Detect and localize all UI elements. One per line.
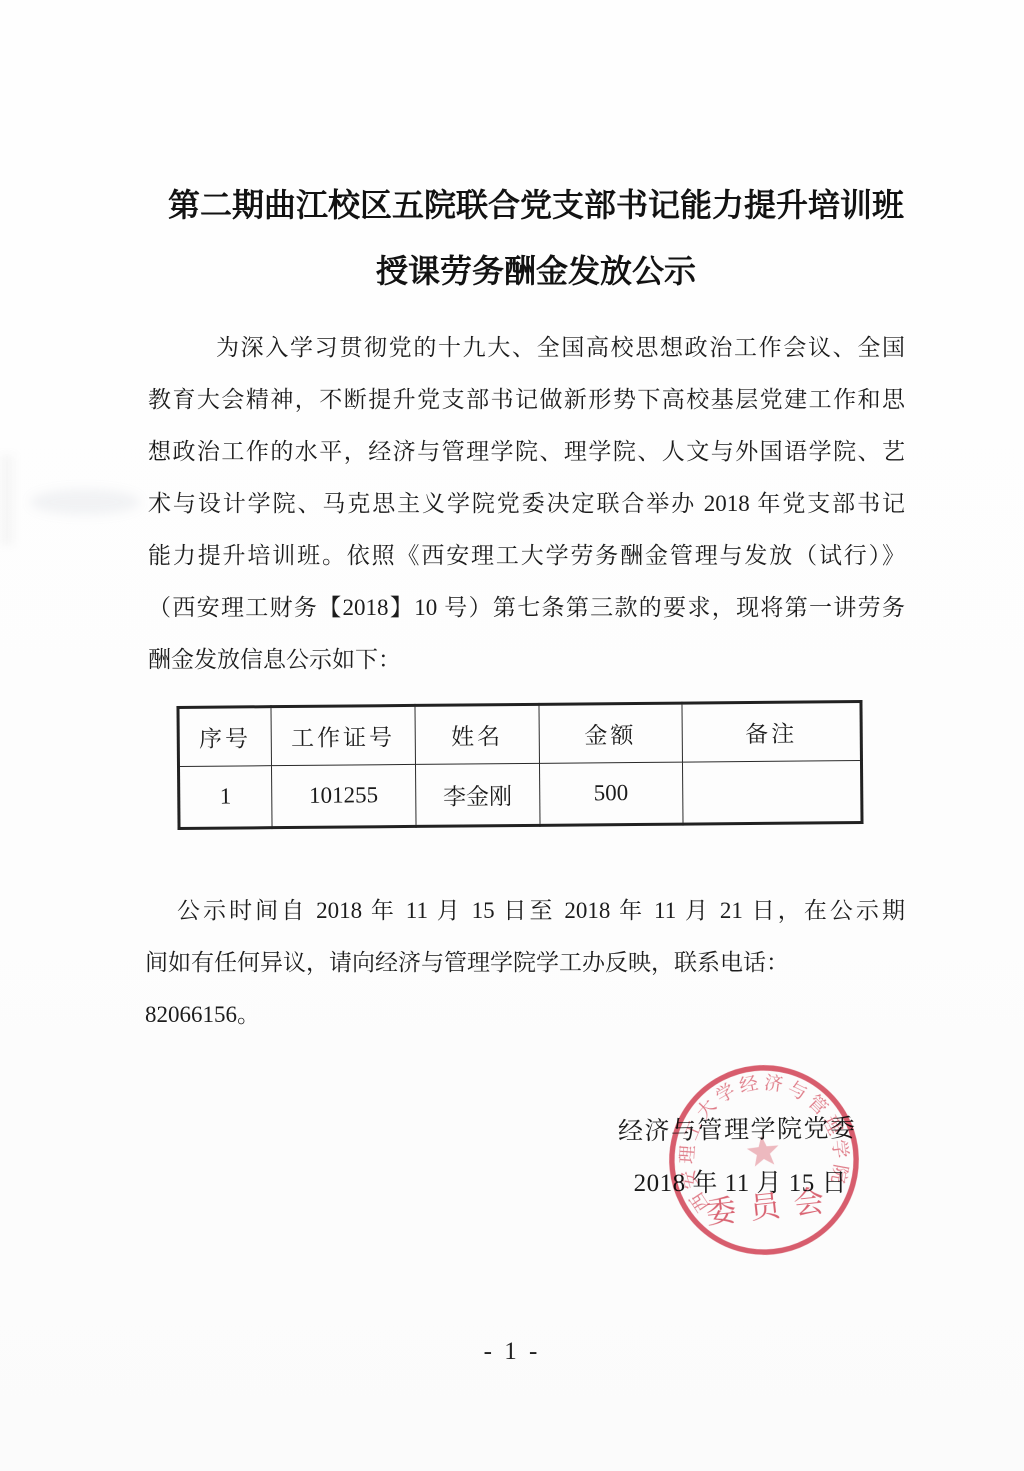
document-page: 第二期曲江校区五院联合党支部书记能力提升培训班 授课劳务酬金发放公示 为深入学习… <box>0 0 1024 1471</box>
header-cell-work-id: 工作证号 <box>271 705 416 765</box>
header-cell-index: 序号 <box>178 707 271 767</box>
paragraph-line: 间如有任何异议，请向经济与管理学院学工办反映，联系电话： <box>145 937 905 989</box>
header-cell-amount: 金额 <box>539 703 683 763</box>
bleedthrough-smudge <box>30 489 140 515</box>
official-seal: 西安理工大学经济与管理学院 委员会 <box>656 1052 871 1267</box>
paragraph-line: 为深入学习贯彻党的十九大、全国高校思想政治工作会议、全国 <box>148 322 905 374</box>
paragraph-line: （西安理工财务【2018】10 号）第七条第三款的要求，现将第一讲劳务 <box>148 582 905 634</box>
paragraph-line: 公示时间自 2018 年 11 月 15 日至 2018 年 11 月 21 日… <box>145 885 905 937</box>
header-cell-remark: 备注 <box>682 702 862 763</box>
cell-work-id: 101255 <box>271 764 416 827</box>
header-cell-name: 姓名 <box>415 704 539 764</box>
paragraph-line: 想政治工作的水平，经济与管理学院、理学院、人文与外国语学院、艺 <box>148 426 905 478</box>
cell-index: 1 <box>178 766 271 829</box>
paragraph-line: 术与设计学院、马克思主义学院党委决定联合举办 2018 年党支部书记 <box>148 478 905 530</box>
paragraph-line: 酬金发放信息公示如下： <box>148 634 905 686</box>
scan-edge-shadow <box>0 455 14 545</box>
document-title-line-1: 第二期曲江校区五院联合党支部书记能力提升培训班 <box>24 180 1024 226</box>
table-row: 1 101255 李金刚 500 <box>178 761 862 829</box>
paragraph-line: 能力提升培训班。依照《西安理工大学劳务酬金管理与发放（试行）》 <box>148 530 905 582</box>
cell-remark <box>682 761 862 825</box>
cell-amount: 500 <box>539 762 683 825</box>
intro-paragraph: 为深入学习贯彻党的十九大、全国高校思想政治工作会议、全国 教育大会精神，不断提升… <box>148 322 905 686</box>
page-number: - 1 - <box>0 1338 1024 1366</box>
payment-table: 序号 工作证号 姓名 金额 备注 1 101255 李金刚 500 <box>176 700 863 830</box>
cell-name: 李金刚 <box>416 763 540 826</box>
seal-star-icon <box>746 1134 781 1167</box>
table-header-row: 序号 工作证号 姓名 金额 备注 <box>178 702 861 767</box>
document-title-line-2: 授课劳务酬金发放公示 <box>24 246 1024 292</box>
seal-bottom-text: 委员会 <box>704 1182 839 1230</box>
paragraph-line: 教育大会精神，不断提升党支部书记做新形势下高校基层党建工作和思 <box>148 374 905 426</box>
paragraph-line: 82066156。 <box>145 989 905 1041</box>
notice-paragraph: 公示时间自 2018 年 11 月 15 日至 2018 年 11 月 21 日… <box>145 885 905 1041</box>
